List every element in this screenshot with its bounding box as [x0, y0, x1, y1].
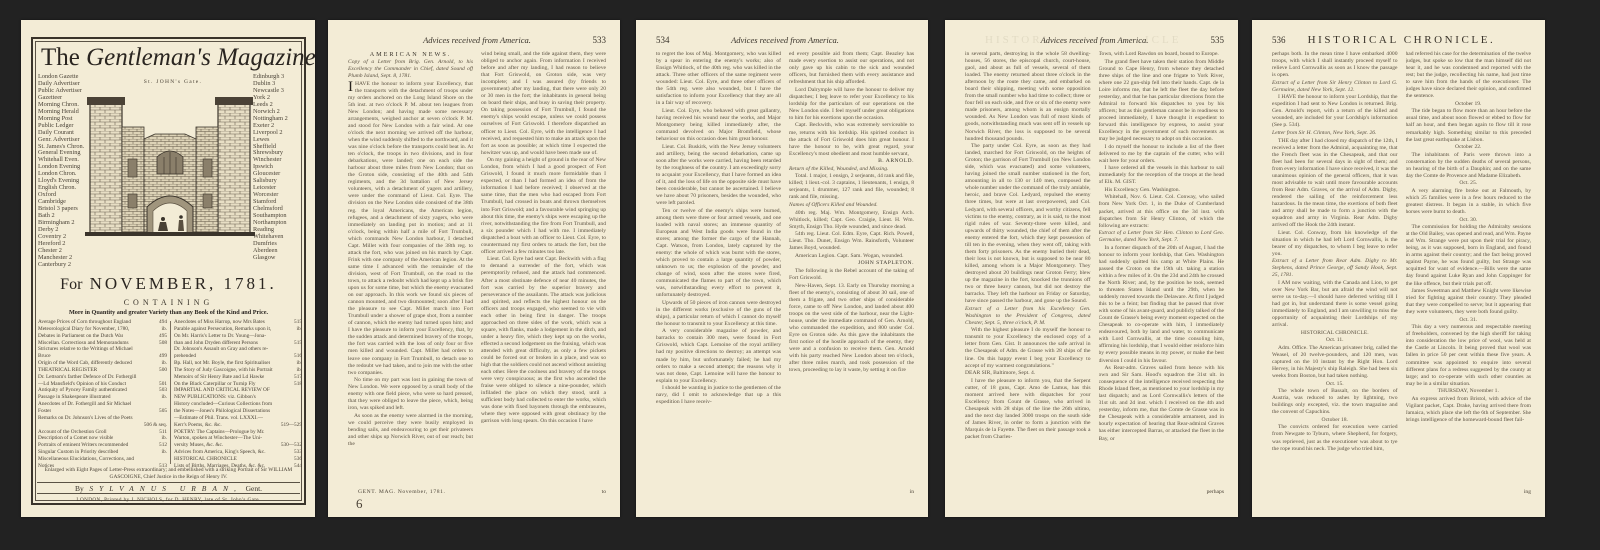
- contents-entry: NEW PUBLICATIONS: viz. Gibbon's: [174, 394, 302, 401]
- contents-page: 511: [157, 429, 167, 436]
- contents-page: ib.: [160, 360, 167, 367]
- date-heading: Oct. 30.: [1406, 217, 1532, 224]
- contents-page: [300, 401, 302, 408]
- paragraph: I do myself the honour to include a list…: [1099, 144, 1225, 165]
- paragraph: I HAVE the honour to inform your Lordshi…: [1272, 94, 1398, 129]
- contents-title: Remarks on Dr. Johnson's Lives of the Po…: [38, 415, 133, 422]
- contents-entry: than and John Dryden different Persons51…: [174, 340, 302, 347]
- contents-title: Anecdotes of Miss Harrop, now Mrs Bates: [174, 319, 265, 326]
- contents-page: 495: [157, 333, 167, 340]
- contents-entry: Anecdotes of Miss Harrop, now Mrs Bates5…: [174, 319, 302, 326]
- author-suffix: Gent.: [246, 484, 262, 493]
- paragraph: The whole town of Bassalt, on the border…: [1272, 388, 1398, 416]
- letter-caption: Names of Officers Killed and Wounded.: [789, 202, 914, 209]
- page-535: HISTORI ICLE Advices received from Ameri…: [945, 20, 1238, 517]
- signature-mark: 6: [356, 496, 363, 512]
- letter-caption: Extract of a Letter from Rear Adm. Digby…: [1272, 258, 1398, 279]
- paragraph: With the highest pleasure I do myself th…: [965, 327, 1091, 369]
- paragraph: The tide began to flow more than an hour…: [1406, 108, 1532, 143]
- paragraph: Capt. Beckwith, who was extremely servic…: [789, 122, 914, 157]
- running-title: Advices received from America.: [965, 34, 1224, 46]
- contents-page: [165, 346, 167, 353]
- paragraph: Total. 1 major, 1 ensign, 2 serjeants, 4…: [789, 173, 914, 201]
- contents-page: ib.: [160, 326, 167, 333]
- contents-entry: Portraits of eminent Writers recommended…: [38, 442, 167, 449]
- newspaper-name: Canterbury 2: [38, 262, 86, 269]
- paragraph: Town, with Lord Rawdon on board, bound t…: [1099, 51, 1225, 58]
- containing-heading: CONTAINING: [33, 298, 304, 307]
- date-heading: October 18.: [1272, 417, 1398, 424]
- contents-page: [165, 374, 167, 381]
- paragraph: Lieut. Col. Conway, from his knowledge o…: [1272, 230, 1398, 258]
- section-heading: AMERICAN NEWS.: [348, 51, 473, 58]
- st-johns-gate-illustration: [85, 89, 255, 239]
- paragraph: Ten or twelve of the enemy's ships were …: [656, 208, 781, 300]
- contents-entry: Meteorological Diary for November, 1780,…: [38, 326, 167, 333]
- paragraph: 54th reg. Lieut. Col. Edm. Eyre, Capt. R…: [789, 231, 914, 252]
- contents-title: Warton, spoken at Winchester—The Uni-: [174, 435, 262, 442]
- contents-page: 517: [292, 374, 302, 381]
- date-heading: October 22.: [1406, 144, 1532, 151]
- contents-entry: Parable against Persecution, Remarks upo…: [174, 326, 302, 333]
- paragraph: had referred his case for the determinat…: [1406, 51, 1532, 100]
- cover-border: The Gentleman's Magazine; London Gazette…: [31, 37, 306, 505]
- contents-title: Debates in Parliament on the Dutch War: [38, 333, 123, 340]
- contents-entry: Dr. Johnson's Assault on Gray and others…: [174, 346, 302, 353]
- catchword: perhaps: [1207, 488, 1224, 497]
- contents-title: Portraits of eminent Writers recommended: [38, 442, 128, 449]
- running-head: Advices received from America. 535: [965, 34, 1224, 46]
- contents-title: Strictures relative to the Writings of M…: [38, 346, 133, 353]
- contents-page: ib.: [295, 326, 302, 333]
- contents-entry: THEATRICAL REGISTER500: [38, 367, 167, 374]
- contents-title: Foster: [38, 408, 51, 415]
- page-533: Advices received from America. 533 AMERI…: [328, 20, 620, 517]
- paragraph: Lieut. Col. Eyre, who behaved with great…: [656, 108, 781, 143]
- paragraph: in several parts, destroying in the whol…: [965, 51, 1091, 143]
- running-title: Advices received from America.: [656, 34, 914, 46]
- contents-title: —Ld Mansfield's Opinion of his Conduct: [38, 381, 126, 388]
- date-heading: Oct. 11.: [1272, 337, 1398, 344]
- contents-entry: the Notes—Jones's Philological Dissertat…: [174, 408, 302, 415]
- contents-entry: Kerr's Poems, &c. &c.519—529: [174, 422, 302, 429]
- paragraph: The commission for holding the Admiralty…: [1406, 224, 1532, 287]
- contents-title: Bruce: [38, 353, 51, 360]
- page-footer: GENT. MAG. November, 1781. to: [348, 488, 606, 497]
- contents-page: [300, 435, 302, 442]
- page-footer: in: [656, 488, 914, 497]
- paragraph: As Rear-adm. Graves sailed from hence wi…: [1099, 365, 1225, 443]
- contents-title: Singular Custom in Priority described: [38, 449, 118, 456]
- paragraph: New-Haven, Sept. 13. Early on Thursday m…: [789, 283, 914, 375]
- paragraph: James Sweetman and Matthew Knight were l…: [1406, 288, 1532, 316]
- contents-divider: [170, 321, 171, 464]
- page-536: 536 HISTORICAL CHRONICLE. perhaps both. …: [1252, 20, 1545, 517]
- paragraph: to regret the loss of Maj. Montgomery, w…: [656, 51, 781, 107]
- page-534: 534 Advices received from America. to re…: [636, 20, 928, 517]
- contents-page: [165, 456, 167, 463]
- contents-title: Memoirs of Sir Henry Bate and Ld Hawke: [174, 374, 264, 381]
- contents-title: Passage in Shakespeare illustrated: [38, 394, 111, 401]
- contents-title: Average Prices of Corn throughout Englan…: [38, 319, 131, 326]
- gate-caption: St. JOHN's Gate.: [123, 79, 223, 85]
- date-heading: Oct. 31.: [1406, 317, 1532, 324]
- contents-title: Bp. Hall, not Mr. Boyle, the first Spiri…: [174, 360, 270, 367]
- paragraph: An express arrived from Bristol, with ad…: [1406, 396, 1532, 424]
- signature: B. ARNOLD.: [789, 158, 914, 165]
- contents-title: THEATRICAL REGISTER: [38, 367, 97, 374]
- contents-title: The Story of Judy Gascoigne, with his Po…: [174, 367, 273, 374]
- text-columns: AMERICAN NEWS.Copy of a Letter from Brig…: [348, 51, 606, 487]
- contents-entry: Origin of the Word Cab, differently dedu…: [38, 360, 167, 367]
- contents-page: 533: [292, 449, 302, 456]
- column-right: had referred his case for the determinat…: [1406, 51, 1532, 487]
- column-left: to regret the loss of Maj. Montgomery, w…: [656, 51, 781, 487]
- date-heading: Oct. 15.: [1272, 381, 1398, 388]
- paragraph: The inhabitants of Paris were thrown int…: [1406, 152, 1532, 180]
- paragraph: 40th reg. Maj. Wm. Montgomery, Ensign Ar…: [789, 210, 914, 231]
- contents-page: 515: [292, 319, 302, 326]
- contents-page: 515: [292, 340, 302, 347]
- title-name: Gentleman's Magazine: [86, 44, 315, 71]
- contents-page: 500: [157, 367, 167, 374]
- contents-entry: Miscellaneous Elucidations, Corrections,…: [38, 456, 167, 463]
- contents-title: Miscellaneous Elucidations, Corrections,…: [38, 456, 134, 463]
- contents-entry: IMPARTIAL AND CRITICAL REVIEW OF: [174, 387, 302, 394]
- contents-title: Account of the Orchestion Groll: [38, 429, 107, 436]
- contents-title: Description of a Comet now visible: [38, 435, 113, 442]
- paragraph: ed every possible aid from them; Capt. B…: [789, 51, 914, 86]
- contents-title: On Mr. Harris's Letter to Dr. Young—Jona…: [174, 333, 266, 340]
- paragraph: As soon as the enemy were alarmed in the…: [348, 413, 473, 448]
- paragraph: On my gaining a height of ground in the …: [481, 157, 606, 256]
- contents-page: 506 & seq.: [142, 422, 167, 429]
- contents-title: History concluded—Curious Collections fr…: [174, 401, 272, 408]
- contents-title: Advices from America, King's Speech, &c.: [174, 449, 266, 456]
- author-name: SYLVANUS URBAN,: [89, 484, 242, 493]
- paragraph: A very alarming fire broke out at Falmou…: [1406, 188, 1532, 216]
- letter-caption: Letter from Sir H. Clinton, New York, Se…: [1272, 130, 1398, 137]
- contents-title: Meteorological Diary for November, 1780,: [38, 326, 129, 333]
- running-head: Advices received from America. 533: [348, 34, 606, 46]
- contents-entry: Dr. Lettsom's farther Defence of Dr. Fot…: [38, 374, 167, 381]
- contents-page: [300, 394, 302, 401]
- tagline: More in Quantity and greater Variety tha…: [33, 309, 304, 316]
- column-left: perhaps both. In the mean time I have em…: [1272, 51, 1398, 487]
- contents-title: HISTORICAL CHRONICLE: [174, 456, 237, 463]
- contents-entry: On Mr. Harris's Letter to Dr. Young—Jona…: [174, 333, 302, 340]
- text-columns: in several parts, destroying in the whol…: [965, 51, 1224, 487]
- paragraph: A very considerable magazine of powder, …: [656, 328, 781, 384]
- running-title: HISTORICAL CHRONICLE.: [1272, 34, 1531, 46]
- paragraph: wind being small, and the tide against t…: [481, 51, 606, 157]
- contents-page: [165, 415, 167, 422]
- column-right: ed every possible aid from them; Capt. B…: [789, 51, 914, 487]
- enlarged-note: Enlarged with Eight Pages of Letter-Pres…: [39, 467, 298, 480]
- column-left: in several parts, destroying in the whol…: [965, 51, 1091, 487]
- contents-page: 501: [157, 381, 167, 388]
- contents-title: Parable against Persecution, Remarks upo…: [174, 326, 271, 333]
- contents-page: ib.: [160, 449, 167, 456]
- contents-page: [300, 333, 302, 340]
- contents-page: 508: [157, 340, 167, 347]
- date-heading: HISTORICAL CHRONICLE.: [1272, 330, 1398, 337]
- paragraph: perhaps both. In the mean time I have em…: [1272, 51, 1398, 79]
- paragraph: His Excellency Gen. Washington.: [1099, 187, 1225, 194]
- contents-title: prehended: [174, 353, 196, 360]
- contents-title: Anecdotes of Dr. Fothergill and Sir Mich…: [38, 401, 131, 408]
- contents-title: the Notes—Jones's Philological Dissertat…: [174, 408, 270, 415]
- paragraph: No time on my part was lost in gaining t…: [348, 377, 473, 412]
- paragraph: I have the pleasure to inform you, that …: [965, 378, 1091, 441]
- date-heading: Oct. 25.: [1406, 180, 1532, 187]
- drop-cap: I: [348, 81, 353, 94]
- contents-entry: Singular Custom in Priority describedib.: [38, 449, 167, 456]
- contents-entry: Anecdotes of Dr. Fothergill and Sir Mich…: [38, 401, 167, 408]
- page-footer: perhaps: [965, 488, 1224, 497]
- paragraph: The following is the Rebel account of th…: [789, 268, 914, 282]
- letter-caption: Extract of a Letter from Sir Hen. Clinto…: [1099, 230, 1225, 244]
- contents-page: 503: [157, 387, 167, 394]
- contents-entry: Advices from America, King's Speech, &c.…: [174, 449, 302, 456]
- letter-caption: Return of the Killed, Wounded, and Missi…: [789, 166, 914, 173]
- paragraph: I should be wanting in justice to the ge…: [656, 385, 781, 406]
- contents-page: 519—529: [279, 422, 302, 429]
- paragraph: This day a very numerous and respectable…: [1406, 324, 1532, 387]
- contents-title: POETRY: The Captains—Prologue by Mr.: [174, 429, 265, 436]
- contents-title: than and John Dryden different Persons: [174, 340, 258, 347]
- contents-entry: Average Prices of Corn throughout Englan…: [38, 319, 167, 326]
- contents-entry: Foster505: [38, 408, 167, 415]
- author-line: By SYLVANUS URBAN, Gent.: [37, 482, 300, 494]
- contents-title: Dr. Lettsom's farther Defence of Dr. Fot…: [38, 374, 137, 381]
- paragraph: I AM now waiting, with the Canada and Li…: [1272, 280, 1398, 329]
- page-number: 533: [593, 34, 607, 46]
- contents-title: Origin of the Word Cab, differently dedu…: [38, 360, 132, 367]
- contents-entry: Miscellan. Correctiosn and Memorandums50…: [38, 340, 167, 347]
- contents-entry: Antiquity of Pyncey Family authenticated…: [38, 387, 167, 394]
- column-right: wind being small, and the tide against t…: [481, 51, 606, 487]
- contents-title: Kerr's Poems, &c. &c.: [174, 422, 222, 429]
- contents-entry: POETRY: The Captains—Prologue by Mr.: [174, 429, 302, 436]
- contents-page: 536: [292, 456, 302, 463]
- page-number: 535: [1211, 34, 1225, 46]
- contents-page: 494: [157, 319, 167, 326]
- running-head: 534 Advices received from America.: [656, 34, 914, 46]
- catchword: to: [602, 488, 606, 497]
- contents-page: ib.: [295, 367, 302, 374]
- contents-entry: —Estimate of Phil. Trans. vol. LXXXI.—: [174, 415, 302, 422]
- letter-caption: Extract of a Letter from his Excellency …: [965, 306, 1091, 327]
- newspaper-list-left: London GazetteDaily AdvertiserPublic Adv…: [38, 74, 86, 269]
- newspaper-list-right: Edinburgh 3Dublin 3Newcastle 3York 2Leed…: [253, 74, 301, 262]
- catchword: in: [910, 488, 914, 497]
- contents-entry: Memoirs of Sir Henry Bate and Ld Hawke51…: [174, 374, 302, 381]
- contents-entry: Bruce499: [38, 353, 167, 360]
- contents-entry: 506 & seq.: [38, 422, 167, 429]
- contents-page: 518: [292, 381, 302, 388]
- paragraph: Whitehall, Nov. 6. Lieut. Col. Conway, w…: [1099, 194, 1225, 229]
- contents-entry: HISTORICAL CHRONICLE536: [174, 456, 302, 463]
- contents-list-left: Average Prices of Corn throughout Englan…: [38, 319, 167, 470]
- letter-caption: Extract of a Letter from Sir Henry Clint…: [1272, 80, 1398, 94]
- contents-page: ib.: [160, 394, 167, 401]
- contents-title: —Estimate of Phil. Trans. vol. LXXXI.—: [174, 415, 263, 422]
- paragraph: Lieut. Col. Eyre had sent Capt. Beckwith…: [481, 256, 606, 425]
- date-heading: THURSDAY, November 1.: [1406, 388, 1532, 395]
- contents-page: [300, 387, 302, 394]
- contents-title: Miscellan. Correctiosn and Memorandums: [38, 340, 129, 347]
- paragraph: Lord Dalrymple will have the honour to d…: [789, 87, 914, 122]
- footer-magazine-ref: GENT. MAG. November, 1781.: [358, 488, 446, 497]
- contents-page: ib.: [295, 360, 302, 367]
- title-the: The: [41, 44, 80, 71]
- paragraph: The grand fleet have taken their station…: [1099, 59, 1225, 144]
- signature: JOHN STAPLETON.: [789, 260, 914, 267]
- contents-entry: History concluded—Curious Collections fr…: [174, 401, 302, 408]
- paragraph: The convicts ordered for execution were …: [1272, 424, 1398, 452]
- by-label: By: [75, 484, 84, 493]
- paragraph: In a former dispatch of the 20th of Augu…: [1099, 245, 1225, 365]
- contents-entry: Warton, spoken at Winchester—The Uni-: [174, 435, 302, 442]
- month-year: NOVEMBER, 1781.: [90, 274, 277, 293]
- contents-entry: versity Muses, &c. &c.530—532: [174, 442, 302, 449]
- printer-line: LONDON, Printed by J. NICHOLS, for D. HE…: [37, 496, 300, 504]
- paragraph: American Legion. Capt. Sam. Wogan, wound…: [789, 253, 914, 260]
- contents-page: 530—532: [279, 442, 302, 449]
- paragraph: Lieut. Col. Buskirk, with the New Jersey…: [656, 144, 781, 207]
- contents-entry: Strictures relative to the Writings of M…: [38, 346, 167, 353]
- contents-title: versity Muses, &c. &c.: [174, 442, 223, 449]
- column-right: Town, with Lord Rawdon on board, bound t…: [1099, 51, 1225, 487]
- paragraph: Adm. Office. The American privateer brig…: [1272, 345, 1398, 380]
- for-label: For: [60, 276, 82, 293]
- paragraph: I have ordered all the vessels in this h…: [1099, 165, 1225, 186]
- text-columns: to regret the loss of Maj. Montgomery, w…: [656, 51, 914, 487]
- running-title: Advices received from America.: [348, 34, 606, 46]
- text-columns: perhaps both. In the mean time I have em…: [1272, 51, 1531, 487]
- contents-page: 512: [157, 442, 167, 449]
- contents-page: [300, 415, 302, 422]
- paragraph: IHAVE the honour to inform your Excellen…: [348, 81, 473, 377]
- contents-page: [300, 408, 302, 415]
- contents-page: 505: [157, 408, 167, 415]
- contents-entry: Passage in Shakespeare illustratedib.: [38, 394, 167, 401]
- page-footer: ing: [1272, 488, 1531, 497]
- contents-page: [165, 401, 167, 408]
- letter-caption: Copy of a Letter from Brig. Gen. Arnold,…: [348, 59, 473, 80]
- contents-entry: Remarks on Dr. Johnson's Lives of the Po…: [38, 415, 167, 422]
- cover-page: The Gentleman's Magazine; London Gazette…: [21, 20, 315, 517]
- contents-title: Dr. Johnson's Assault on Gray and others…: [174, 346, 268, 353]
- contents-title: On the Black Caterpillar or Turnip Fly: [174, 381, 256, 388]
- contents-page: [300, 346, 302, 353]
- date-heading: October 19.: [1406, 101, 1532, 108]
- contents-title: IMPARTIAL AND CRITICAL REVIEW OF: [174, 387, 270, 394]
- magazine-title: The Gentleman's Magazine;: [41, 44, 300, 72]
- contents-page: [300, 429, 302, 436]
- contents-entry: Account of the Orchestion Groll511: [38, 429, 167, 436]
- contents-entry: Debates in Parliament on the Dutch War49…: [38, 333, 167, 340]
- contents-title: Antiquity of Pyncey Family authenticated: [38, 387, 127, 394]
- paragraph: Upwards of 50 pieces of iron cannon were…: [656, 300, 781, 328]
- column-left: AMERICAN NEWS.Copy of a Letter from Brig…: [348, 51, 473, 487]
- contents-entry: Description of a Comet now visibleib.: [38, 435, 167, 442]
- contents-entry: —Ld Mansfield's Opinion of his Conduct50…: [38, 381, 167, 388]
- contents-page: ib.: [160, 435, 167, 442]
- newspaper-name: Glasgow: [253, 255, 301, 262]
- issue-month: For NOVEMBER, 1781.: [33, 274, 304, 294]
- contents-entry: Bp. Hall, not Mr. Boyle, the first Spiri…: [174, 360, 302, 367]
- contents-list-right: Anecdotes of Miss Harrop, now Mrs Bates5…: [174, 319, 302, 470]
- contents-page: 516: [292, 353, 302, 360]
- catchword: ing: [1524, 488, 1531, 497]
- running-head: 536 HISTORICAL CHRONICLE.: [1272, 34, 1531, 46]
- contents-entry: On the Black Caterpillar or Turnip Fly51…: [174, 381, 302, 388]
- paragraph-text: HAVE the honour to inform your Excellenc…: [348, 81, 473, 376]
- paragraph: DEAR SIR, Baltimore, Sept. 4.: [965, 370, 1091, 377]
- contents-entry: prehended516: [174, 353, 302, 360]
- paragraph: The party under Col. Eyre, as soon as th…: [965, 143, 1091, 305]
- contents-title: NEW PUBLICATIONS: viz. Gibbon's: [174, 394, 256, 401]
- contents-page: 499: [157, 353, 167, 360]
- contents-entry: The Story of Judy Gascoigne, with his Po…: [174, 367, 302, 374]
- paragraph: THE day after I had closed my dispatch o…: [1272, 138, 1398, 230]
